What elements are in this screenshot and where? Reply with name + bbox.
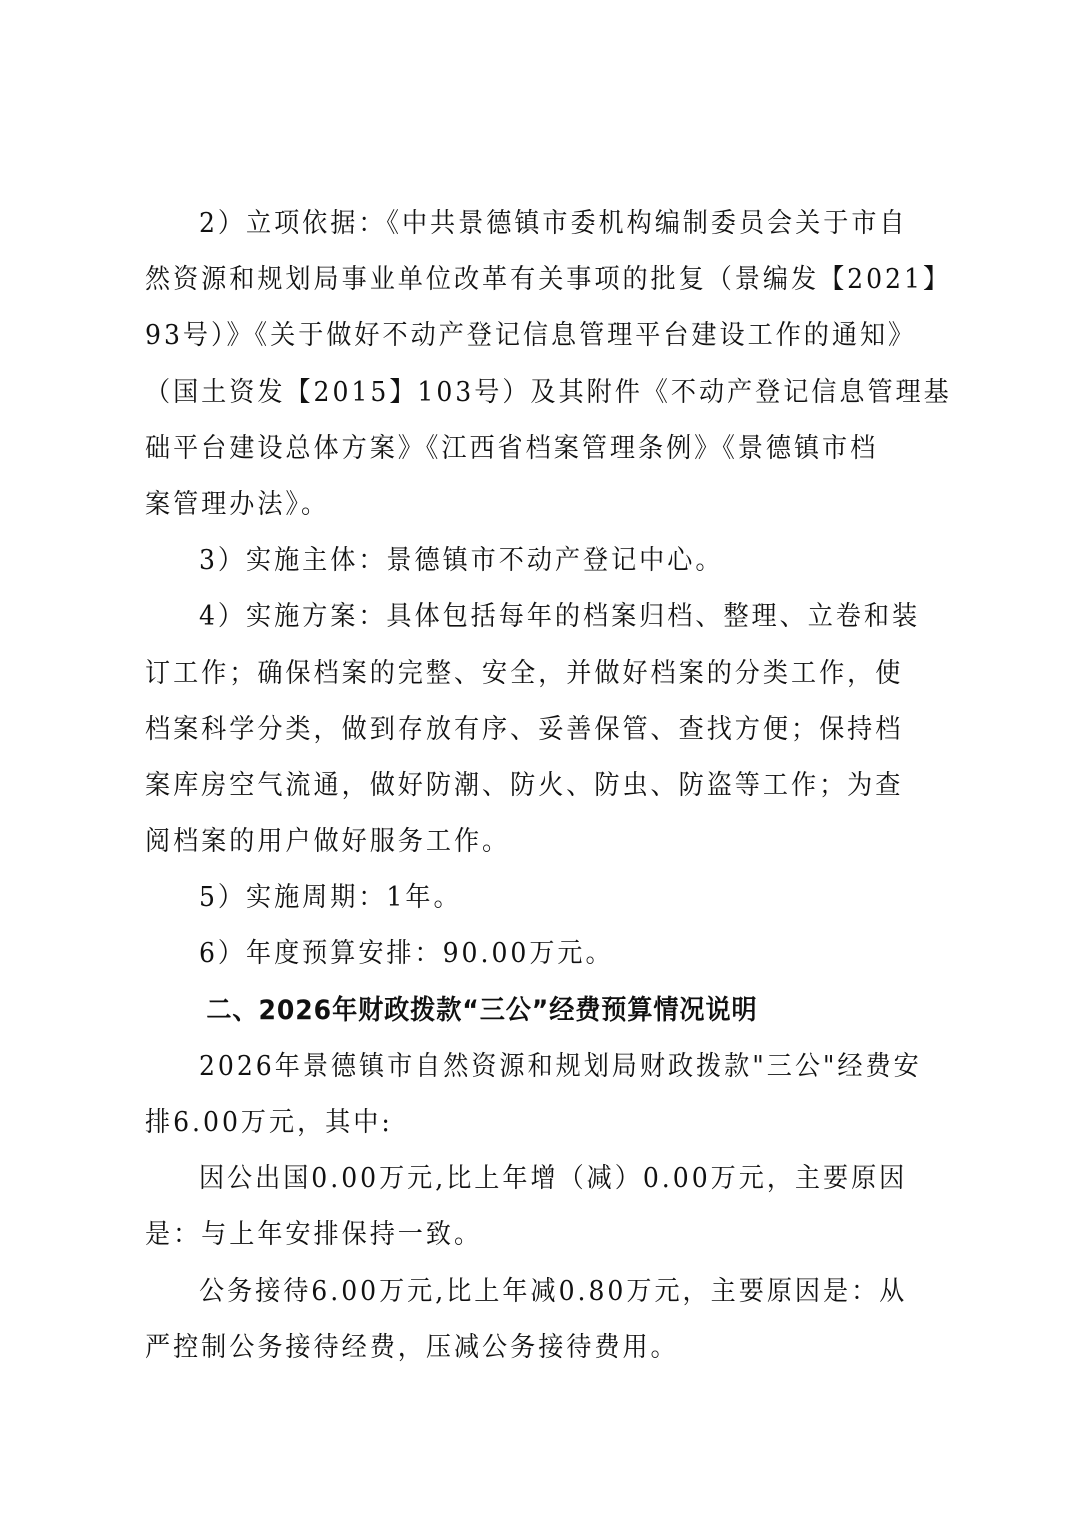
paragraph-line-overseas-travel: 因公出国0.00万元,比上年增（减）0.00万元，主要原因 [145, 1151, 880, 1207]
paragraph-line: 档案科学分类，做到存放有序、妥善保管、查找方便；保持档 [145, 702, 880, 758]
paragraph-line: （国土资发【2015】103号）及其附件《不动产登记信息管理基 [145, 365, 880, 421]
paragraph-line-implementation-plan: 4）实施方案：具体包括每年的档案归档、整理、立卷和装 [145, 589, 880, 645]
paragraph-line: 严控制公务接待经费，压减公务接待费用。 [145, 1320, 880, 1376]
paragraph-line-implementing-entity: 3）实施主体：景德镇市不动产登记中心。 [145, 533, 880, 589]
paragraph-line: 础平台建设总体方案》《江西省档案管理条例》《景德镇市档 [145, 421, 880, 477]
paragraph-line: 排6.00万元，其中: [145, 1095, 880, 1151]
section-heading: 二、2026年财政拨款“三公”经费预算情况说明 [145, 983, 880, 1039]
paragraph-line: 案库房空气流通，做好防潮、防火、防虫、防盗等工作；为查 [145, 758, 880, 814]
paragraph-line: 93号）》《关于做好不动产登记信息管理平台建设工作的通知》 [145, 308, 880, 364]
document-page: 2）立项依据：《中共景德镇市委机构编制委员会关于市自 然资源和规划局事业单位改革… [145, 196, 935, 1376]
paragraph-line: 订工作；确保档案的完整、安全，并做好档案的分类工作，使 [145, 646, 880, 702]
paragraph-line-three-public-total: 2026年景德镇市自然资源和规划局财政拨款"三公"经费安 [145, 1039, 880, 1095]
paragraph-line-annual-budget: 6）年度预算安排：90.00万元。 [145, 926, 880, 982]
paragraph-line: 案管理办法》。 [145, 477, 880, 533]
paragraph-line: 然资源和规划局事业单位改革有关事项的批复（景编发【2021】 [145, 252, 880, 308]
paragraph-line: 是：与上年安排保持一致。 [145, 1207, 880, 1263]
paragraph-line-implementation-period: 5）实施周期：1年。 [145, 870, 880, 926]
paragraph-line-official-reception: 公务接待6.00万元,比上年减0.80万元，主要原因是：从 [145, 1264, 880, 1320]
paragraph-line: 阅档案的用户做好服务工作。 [145, 814, 880, 870]
paragraph-line-project-basis: 2）立项依据：《中共景德镇市委机构编制委员会关于市自 [145, 196, 880, 252]
